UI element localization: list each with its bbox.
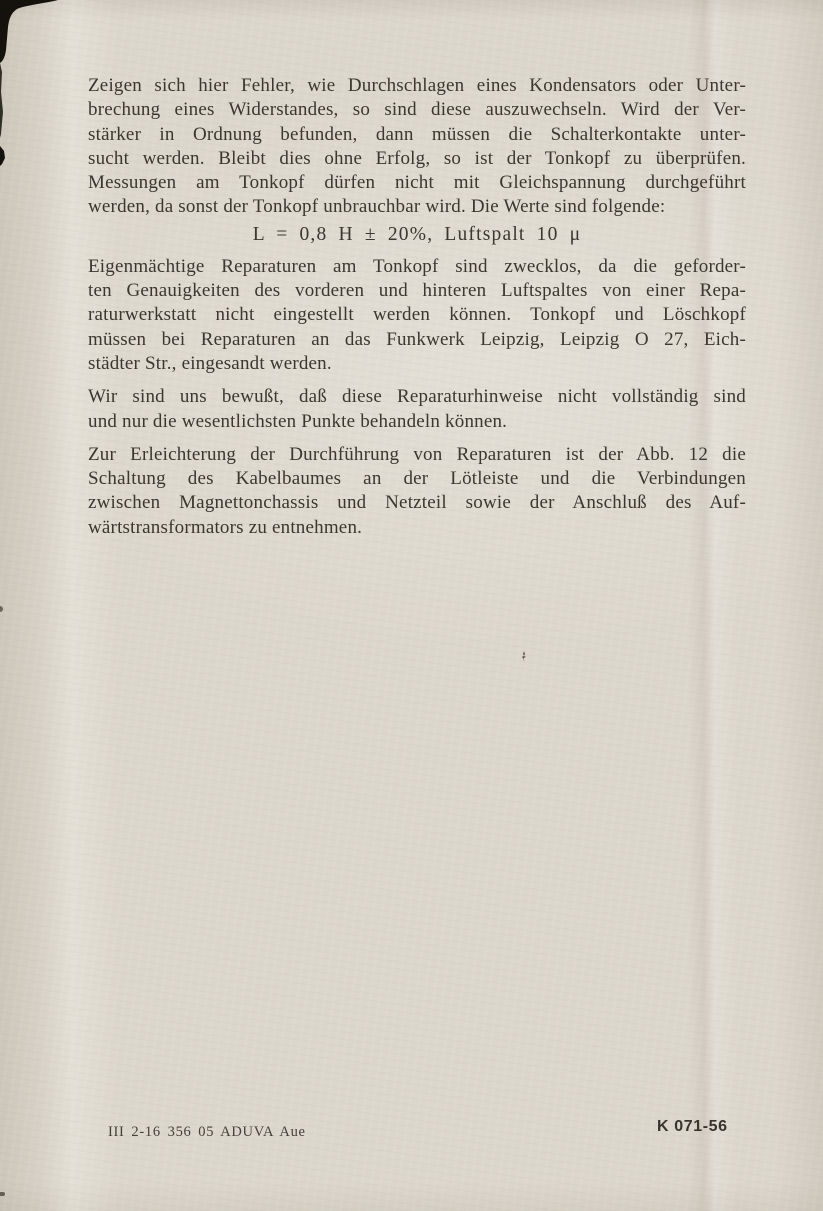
- text-line: städter Str., eingesandt werden.: [88, 352, 746, 376]
- text-line: Schaltung des Kabelbaumes an der Lötleis…: [88, 467, 746, 491]
- scan-speck: [0, 606, 3, 612]
- text-line: ten Genauigkeiten des vorderen und hinte…: [88, 279, 746, 303]
- text-line: wärtstransformators zu entnehmen.: [88, 516, 746, 540]
- text-line: Zeigen sich hier Fehler, wie Durchschlag…: [88, 74, 746, 98]
- text-line: stärker in Ordnung befunden, dann müssen…: [88, 123, 746, 147]
- text-line: sucht werden. Bleibt dies ohne Erfolg, s…: [88, 147, 746, 171]
- paragraph-2: Eigenmächtige Reparaturen am Tonkopf sin…: [88, 255, 746, 376]
- paragraph-1: Zeigen sich hier Fehler, wie Durchschlag…: [88, 74, 746, 220]
- print-imprint: III 2-16 356 05 ADUVA Aue: [108, 1124, 306, 1141]
- text-line: müssen bei Reparaturen an das Funkwerk L…: [88, 328, 746, 352]
- scan-speck: [0, 1192, 5, 1196]
- paragraph-3: Wir sind uns bewußt, daß diese Reparatur…: [88, 385, 746, 434]
- scanned-page: Zeigen sich hier Fehler, wie Durchschlag…: [0, 0, 823, 1211]
- text-line: raturwerkstatt nicht eingestellt werden …: [88, 303, 746, 327]
- document-code: K 071-56: [657, 1118, 728, 1136]
- text-line: Eigenmächtige Reparaturen am Tonkopf sin…: [88, 255, 746, 279]
- scan-edge-artifact: [0, 0, 80, 260]
- text-line: brechung eines Widerstandes, so sind die…: [88, 98, 746, 122]
- scan-speck: [521, 651, 527, 662]
- text-line: Messungen am Tonkopf dürfen nicht mit Gl…: [88, 171, 746, 195]
- body-text: Zeigen sich hier Fehler, wie Durchschlag…: [88, 74, 746, 540]
- text-line: und nur die wesentlichsten Punkte behand…: [88, 410, 746, 434]
- text-line: Wir sind uns bewußt, daß diese Reparatur…: [88, 385, 746, 409]
- formula-line: L = 0,8 H ± 20%, Luftspalt 10 μ: [88, 222, 746, 247]
- paragraph-4: Zur Erleichterung der Durchführung von R…: [88, 443, 746, 540]
- text-line: werden, da sonst der Tonkopf unbrauchbar…: [88, 195, 746, 219]
- text-line: Zur Erleichterung der Durchführung von R…: [88, 443, 746, 467]
- text-line: zwischen Magnettonchassis und Netzteil s…: [88, 491, 746, 515]
